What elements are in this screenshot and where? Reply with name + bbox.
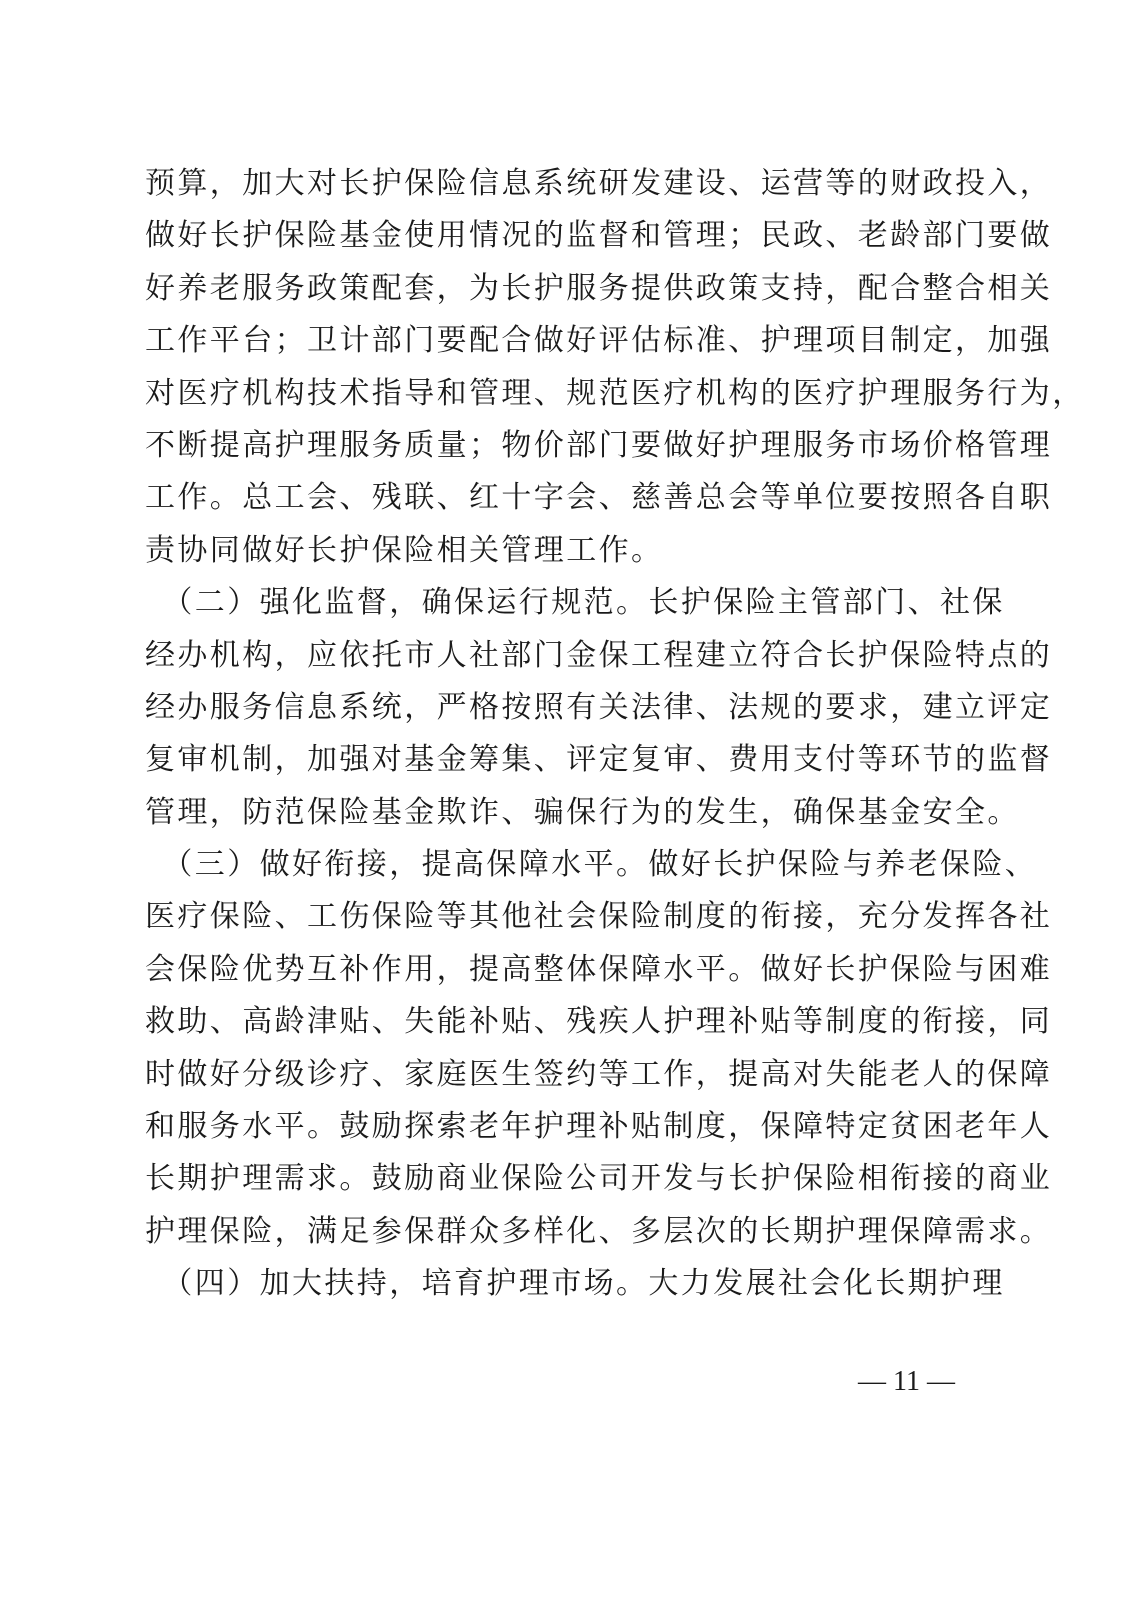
text-line: 工作平台；卫计部门要配合做好评估标准、护理项目制定，加强 [145, 315, 967, 367]
text-line: 会保险优势互补作用，提高整体保障水平。做好长护保险与困难 [145, 944, 967, 996]
text-line: 复审机制，加强对基金筹集、评定复审、费用支付等环节的监督 [145, 734, 967, 786]
document-page: 预算，加大对长护保险信息系统研发建设、运营等的财政投入， 做好长护保险基金使用情… [0, 0, 1131, 1600]
body-text: 预算，加大对长护保险信息系统研发建设、运营等的财政投入， 做好长护保险基金使用情… [145, 158, 967, 1311]
text-line: 做好长护保险基金使用情况的监督和管理；民政、老龄部门要做 [145, 210, 967, 262]
text-line: 责协同做好长护保险相关管理工作。 [145, 525, 967, 577]
text-line: 经办服务信息系统，严格按照有关法律、法规的要求，建立评定 [145, 682, 967, 734]
text-line: 和服务水平。鼓励探索老年护理补贴制度，保障特定贫困老年人 [145, 1101, 967, 1153]
text-line: 不断提高护理服务质量；物价部门要做好护理服务市场价格管理 [145, 420, 967, 472]
text-line: 救助、高龄津贴、失能补贴、残疾人护理补贴等制度的衔接，同 [145, 996, 967, 1048]
page-number: — 11 — [858, 1366, 955, 1398]
text-line: 工作。总工会、残联、红十字会、慈善总会等单位要按照各自职 [145, 472, 967, 524]
text-line: 经办机构，应依托市人社部门金保工程建立符合长护保险特点的 [145, 630, 967, 682]
section-heading-line: （三）做好衔接，提高保障水平。做好长护保险与养老保险、 [145, 839, 967, 891]
section-heading-line: （二）强化监督，确保运行规范。长护保险主管部门、社保 [145, 577, 967, 629]
section-heading-line: （四）加大扶持，培育护理市场。大力发展社会化长期护理 [145, 1258, 967, 1310]
text-line: 对医疗机构技术指导和管理、规范医疗机构的医疗护理服务行为， [145, 368, 967, 420]
text-line: 好养老服务政策配套，为长护服务提供政策支持，配合整合相关 [145, 263, 967, 315]
text-line: 医疗保险、工伤保险等其他社会保险制度的衔接，充分发挥各社 [145, 891, 967, 943]
text-line: 长期护理需求。鼓励商业保险公司开发与长护保险相衔接的商业 [145, 1153, 967, 1205]
text-line: 预算，加大对长护保险信息系统研发建设、运营等的财政投入， [145, 158, 967, 210]
text-line: 管理，防范保险基金欺诈、骗保行为的发生，确保基金安全。 [145, 787, 967, 839]
text-line: 时做好分级诊疗、家庭医生签约等工作，提高对失能老人的保障 [145, 1049, 967, 1101]
text-line: 护理保险，满足参保群众多样化、多层次的长期护理保障需求。 [145, 1206, 967, 1258]
